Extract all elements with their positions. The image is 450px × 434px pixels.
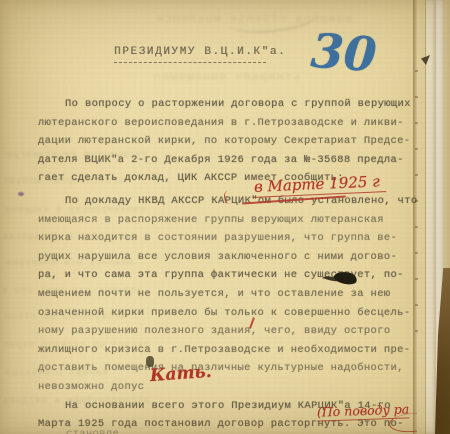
red-handwritten-word-ending: Кать.	[149, 362, 212, 386]
typed-line: жилищного кризиса в г.Петрозаводске и не…	[38, 341, 422, 360]
typed-line: невозможно допус	[38, 378, 422, 397]
overstruck-character-smudge	[146, 356, 154, 367]
handwritten-page-number: 30	[309, 24, 378, 83]
document-title: ПРЕЗИДИУМУ В.Ц.И.К"а.	[114, 46, 286, 58]
typed-line-cut-by-page-edge: становле	[66, 428, 119, 434]
typed-line: По вопросу о расторжении договора с груп…	[38, 95, 422, 114]
typed-line: ра, и что сама эта группа фактически не …	[38, 266, 422, 285]
bleedthrough-line: ьтивраяч еинещемоп	[40, 70, 300, 84]
title-dashed-underline	[114, 62, 266, 63]
typed-line: доставить помещения на различные культур…	[38, 359, 422, 378]
scanned-document-page: ваярпса отdenie моклопси теавызакоп иица…	[0, 0, 450, 434]
typed-body: По вопросу о расторжении договора с груп…	[38, 95, 422, 434]
typed-line: рущих нарушила все условия заключенного …	[38, 248, 422, 267]
typed-line: ному разрушению полезного здания, чего, …	[38, 322, 422, 341]
typed-line: имеющаяся в распоряжение группы верующих…	[38, 211, 422, 230]
typed-line: кирка находится в состоянии разрушения, …	[38, 229, 422, 248]
typed-line: дателя ВЦИК"а 2-го Декабря 1926 года за …	[38, 151, 422, 170]
typed-line: означенной кирки привело бы только к сов…	[38, 304, 422, 323]
edge-tick-marks	[415, 70, 418, 340]
purple-ink-speck	[18, 192, 24, 196]
book-page-edges	[413, 0, 450, 434]
paragraph-2: По докладу НКВД АКССР КАРЦИК"ом было уст…	[38, 192, 422, 397]
typed-line: мещением почти не пользуется, и что оста…	[38, 285, 422, 304]
faint-pencil-scribble	[227, 1, 319, 36]
typed-line: лютеранского вероисповедания в г.Петроза…	[38, 114, 422, 133]
page-edge-strip	[417, 0, 426, 434]
page-edge-strip	[426, 0, 436, 434]
typed-line: дации лютеранской кирки, по которому Сек…	[38, 132, 422, 151]
